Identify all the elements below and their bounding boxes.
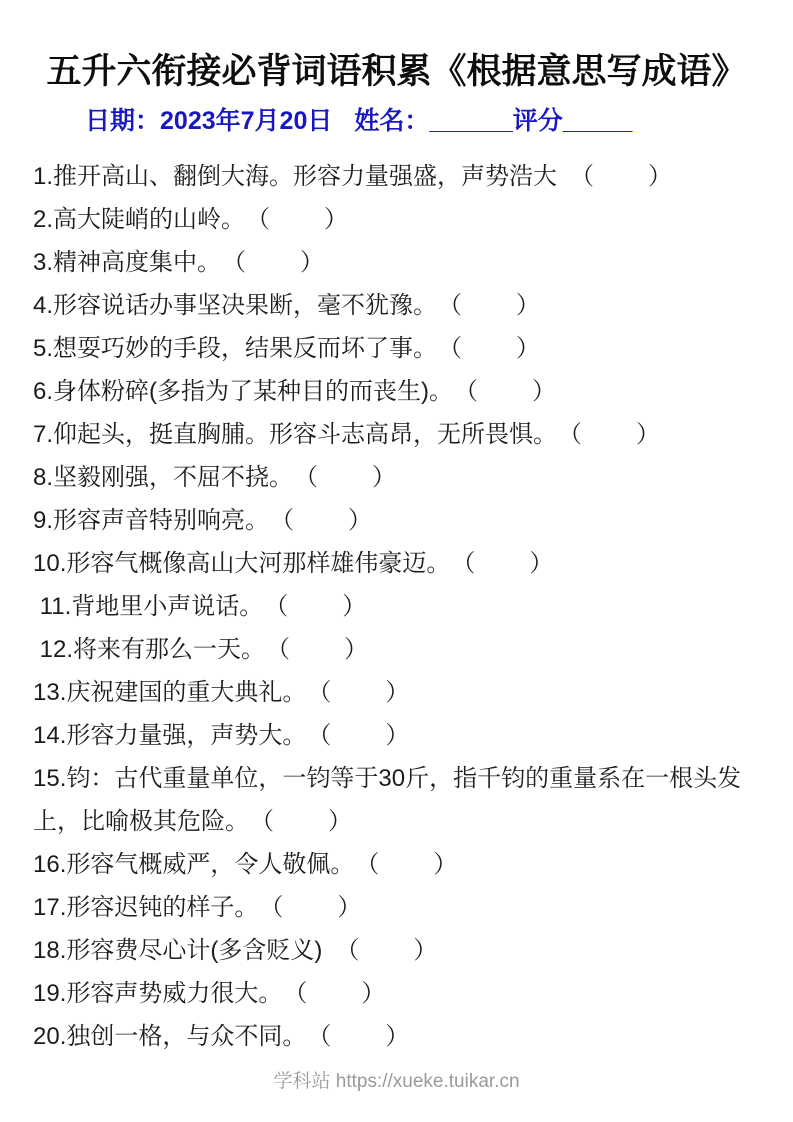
answer-blank: （ ） <box>335 937 439 964</box>
question-text: 高大陡峭的山岭。 <box>53 206 245 233</box>
answer-blank: （ ） <box>262 808 354 835</box>
question-number: 5. <box>33 335 53 362</box>
answer-blank: （ ） <box>234 249 326 276</box>
question-number: 14. <box>33 722 66 749</box>
question-number: 2. <box>33 206 53 233</box>
question-item: 9.形容声音特别响亮。（ ） <box>33 499 768 542</box>
answer-blank: （ ） <box>319 679 411 706</box>
question-text: 形容力量强，声势大。 <box>66 722 306 749</box>
question-text: 钧：古代重量单位，一钧等于30斤，指千钧的重量系在一根头发上，比喻极其危险。 <box>33 765 741 835</box>
question-text: 独创一格，与众不同。 <box>66 1023 306 1050</box>
question-item: 10.形容气概像高山大河那样雄伟豪迈。（ ） <box>33 542 768 585</box>
question-number: 11. <box>33 593 71 620</box>
question-item: 4.形容说话办事坚决果断，毫不犹豫。（ ） <box>33 284 768 327</box>
question-text: 将来有那么一天。 <box>73 636 265 663</box>
question-item: 2.高大陡峭的山岭。（ ） <box>33 198 768 241</box>
score-blank: _____ <box>563 107 633 135</box>
question-number: 7. <box>33 421 53 448</box>
question-item: 12.将来有那么一天。（ ） <box>33 628 768 671</box>
question-text: 形容迟钝的样子。 <box>66 894 258 921</box>
question-list: 1.推开高山、翻倒大海。形容力量强盛，声势浩大（ ） 2.高大陡峭的山岭。（ ）… <box>0 155 793 1058</box>
question-text: 形容声音特别响亮。 <box>53 507 269 534</box>
answer-blank: （ ） <box>570 421 662 448</box>
question-item: 14.形容力量强，声势大。（ ） <box>33 714 768 757</box>
meta-line: 日期：2023年7月20日姓名：______评分_____ <box>0 104 793 138</box>
question-text: 背地里小声说话。 <box>71 593 263 620</box>
name-blank: ______ <box>429 107 512 135</box>
question-number: 16. <box>33 851 66 878</box>
question-text: 精神高度集中。 <box>53 249 221 276</box>
question-number: 19. <box>33 980 66 1007</box>
question-item: 7.仰起头，挺直胸脯。形容斗志高昂，无所畏惧。（ ） <box>33 413 768 456</box>
date-value: 2023年7月20日 <box>160 107 332 135</box>
question-item: 11.背地里小声说话。（ ） <box>33 585 768 628</box>
question-number: 6. <box>33 378 53 405</box>
question-number: 13. <box>33 679 66 706</box>
question-number: 12. <box>33 636 73 663</box>
question-item: 16.形容气概威严，令人敬佩。（ ） <box>33 843 768 886</box>
name-label: 姓名： <box>354 107 429 135</box>
question-number: 17. <box>33 894 66 921</box>
question-text: 形容声势威力很大。 <box>66 980 282 1007</box>
question-text: 庆祝建国的重大典礼。 <box>66 679 306 706</box>
question-text: 身体粉碎(多指为了某种目的而丧生)。 <box>53 378 453 405</box>
answer-blank: （ ） <box>282 507 374 534</box>
answer-blank: （ ） <box>278 636 370 663</box>
answer-blank: （ ） <box>276 593 368 620</box>
question-text: 想耍巧妙的手段，结果反而坏了事。 <box>53 335 437 362</box>
footer-watermark: 学科站 https://xueke.tuikar.cn <box>0 1066 793 1093</box>
question-text: 形容气概像高山大河那样雄伟豪迈。 <box>66 550 450 577</box>
score-label: 评分 <box>513 107 563 135</box>
answer-blank: （ ） <box>570 163 674 190</box>
answer-blank: （ ） <box>463 550 555 577</box>
question-item: 5.想耍巧妙的手段，结果反而坏了事。（ ） <box>33 327 768 370</box>
question-text: 形容说话办事坚决果断，毫不犹豫。 <box>53 292 437 319</box>
question-text: 推开高山、翻倒大海。形容力量强盛，声势浩大 <box>53 163 557 190</box>
question-number: 1. <box>33 163 53 190</box>
answer-blank: （ ） <box>271 894 363 921</box>
date-label: 日期： <box>85 107 160 135</box>
question-item: 8.坚毅刚强，不屈不挠。（ ） <box>33 456 768 499</box>
answer-blank: （ ） <box>450 292 542 319</box>
question-number: 9. <box>33 507 53 534</box>
page-title: 五升六衔接必背词语积累《根据意思写成语》 <box>0 0 793 95</box>
question-number: 3. <box>33 249 53 276</box>
question-item: 20.独创一格，与众不同。（ ） <box>33 1015 768 1058</box>
answer-blank: （ ） <box>466 378 558 405</box>
question-text: 坚毅刚强，不屈不挠。 <box>53 464 293 491</box>
answer-blank: （ ） <box>319 722 411 749</box>
question-text: 仰起头，挺直胸脯。形容斗志高昂，无所畏惧。 <box>53 421 557 448</box>
question-text: 形容气概威严，令人敬佩。 <box>66 851 354 878</box>
question-item: 3.精神高度集中。（ ） <box>33 241 768 284</box>
question-item: 19.形容声势威力很大。（ ） <box>33 972 768 1015</box>
answer-blank: （ ） <box>258 206 350 233</box>
question-item: 15.钧：古代重量单位，一钧等于30斤，指千钧的重量系在一根头发上，比喻极其危险… <box>33 757 768 843</box>
question-number: 18. <box>33 937 66 964</box>
answer-blank: （ ） <box>367 851 459 878</box>
answer-blank: （ ） <box>295 980 387 1007</box>
answer-blank: （ ） <box>450 335 542 362</box>
question-number: 4. <box>33 292 53 319</box>
question-text: 形容费尽心计(多含贬义) <box>66 937 322 964</box>
question-item: 13.庆祝建国的重大典礼。（ ） <box>33 671 768 714</box>
question-item: 17.形容迟钝的样子。（ ） <box>33 886 768 929</box>
question-number: 10. <box>33 550 66 577</box>
question-item: 18.形容费尽心计(多含贬义)（ ） <box>33 929 768 972</box>
question-number: 20. <box>33 1023 66 1050</box>
question-number: 15. <box>33 765 66 792</box>
answer-blank: （ ） <box>306 464 398 491</box>
worksheet-page: 五升六衔接必背词语积累《根据意思写成语》 日期：2023年7月20日姓名：___… <box>0 0 793 1122</box>
question-item: 6.身体粉碎(多指为了某种目的而丧生)。（ ） <box>33 370 768 413</box>
question-item: 1.推开高山、翻倒大海。形容力量强盛，声势浩大（ ） <box>33 155 768 198</box>
answer-blank: （ ） <box>319 1023 411 1050</box>
question-number: 8. <box>33 464 53 491</box>
